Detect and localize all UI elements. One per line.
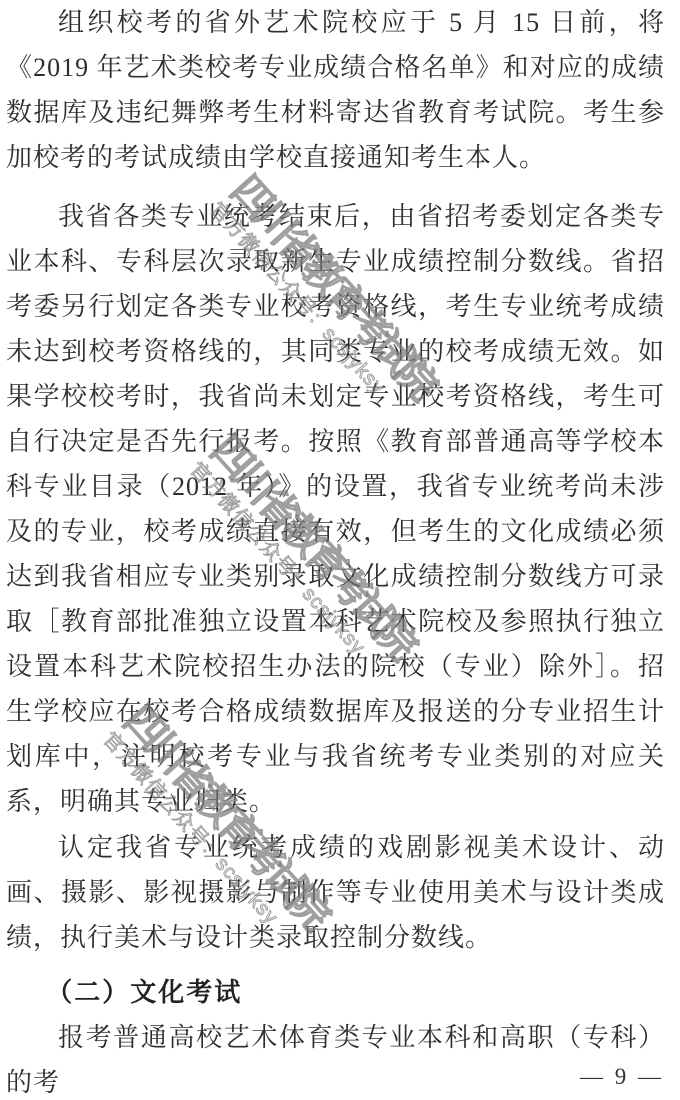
document-content: 组织校考的省外艺术院校应于 5 月 15 日前，将《2019 年艺术类校考专业成…	[6, 0, 665, 1100]
paragraph-score-lines-policy: 我省各类专业统考结束后，由省招考委划定各类专业本科、专科层次录取新生专业成绩控制…	[6, 194, 665, 824]
document-page: 组织校考的省外艺术院校应于 5 月 15 日前，将《2019 年艺术类校考专业成…	[0, 0, 680, 1100]
section-heading-culture-exam: （二）文化考试	[6, 970, 665, 1015]
page-number: — 9 —	[580, 1064, 664, 1090]
paragraph-school-exam-deadline: 组织校考的省外艺术院校应于 5 月 15 日前，将《2019 年艺术类校考专业成…	[6, 0, 665, 180]
paragraph-culture-exam-intro: 报考普通高校艺术体育类专业本科和高职（专科）的考	[6, 1015, 665, 1100]
paragraph-art-design-scores: 认定我省专业统考成绩的戏剧影视美术设计、动画、摄影、影视摄影与制作等专业使用美术…	[6, 825, 665, 960]
